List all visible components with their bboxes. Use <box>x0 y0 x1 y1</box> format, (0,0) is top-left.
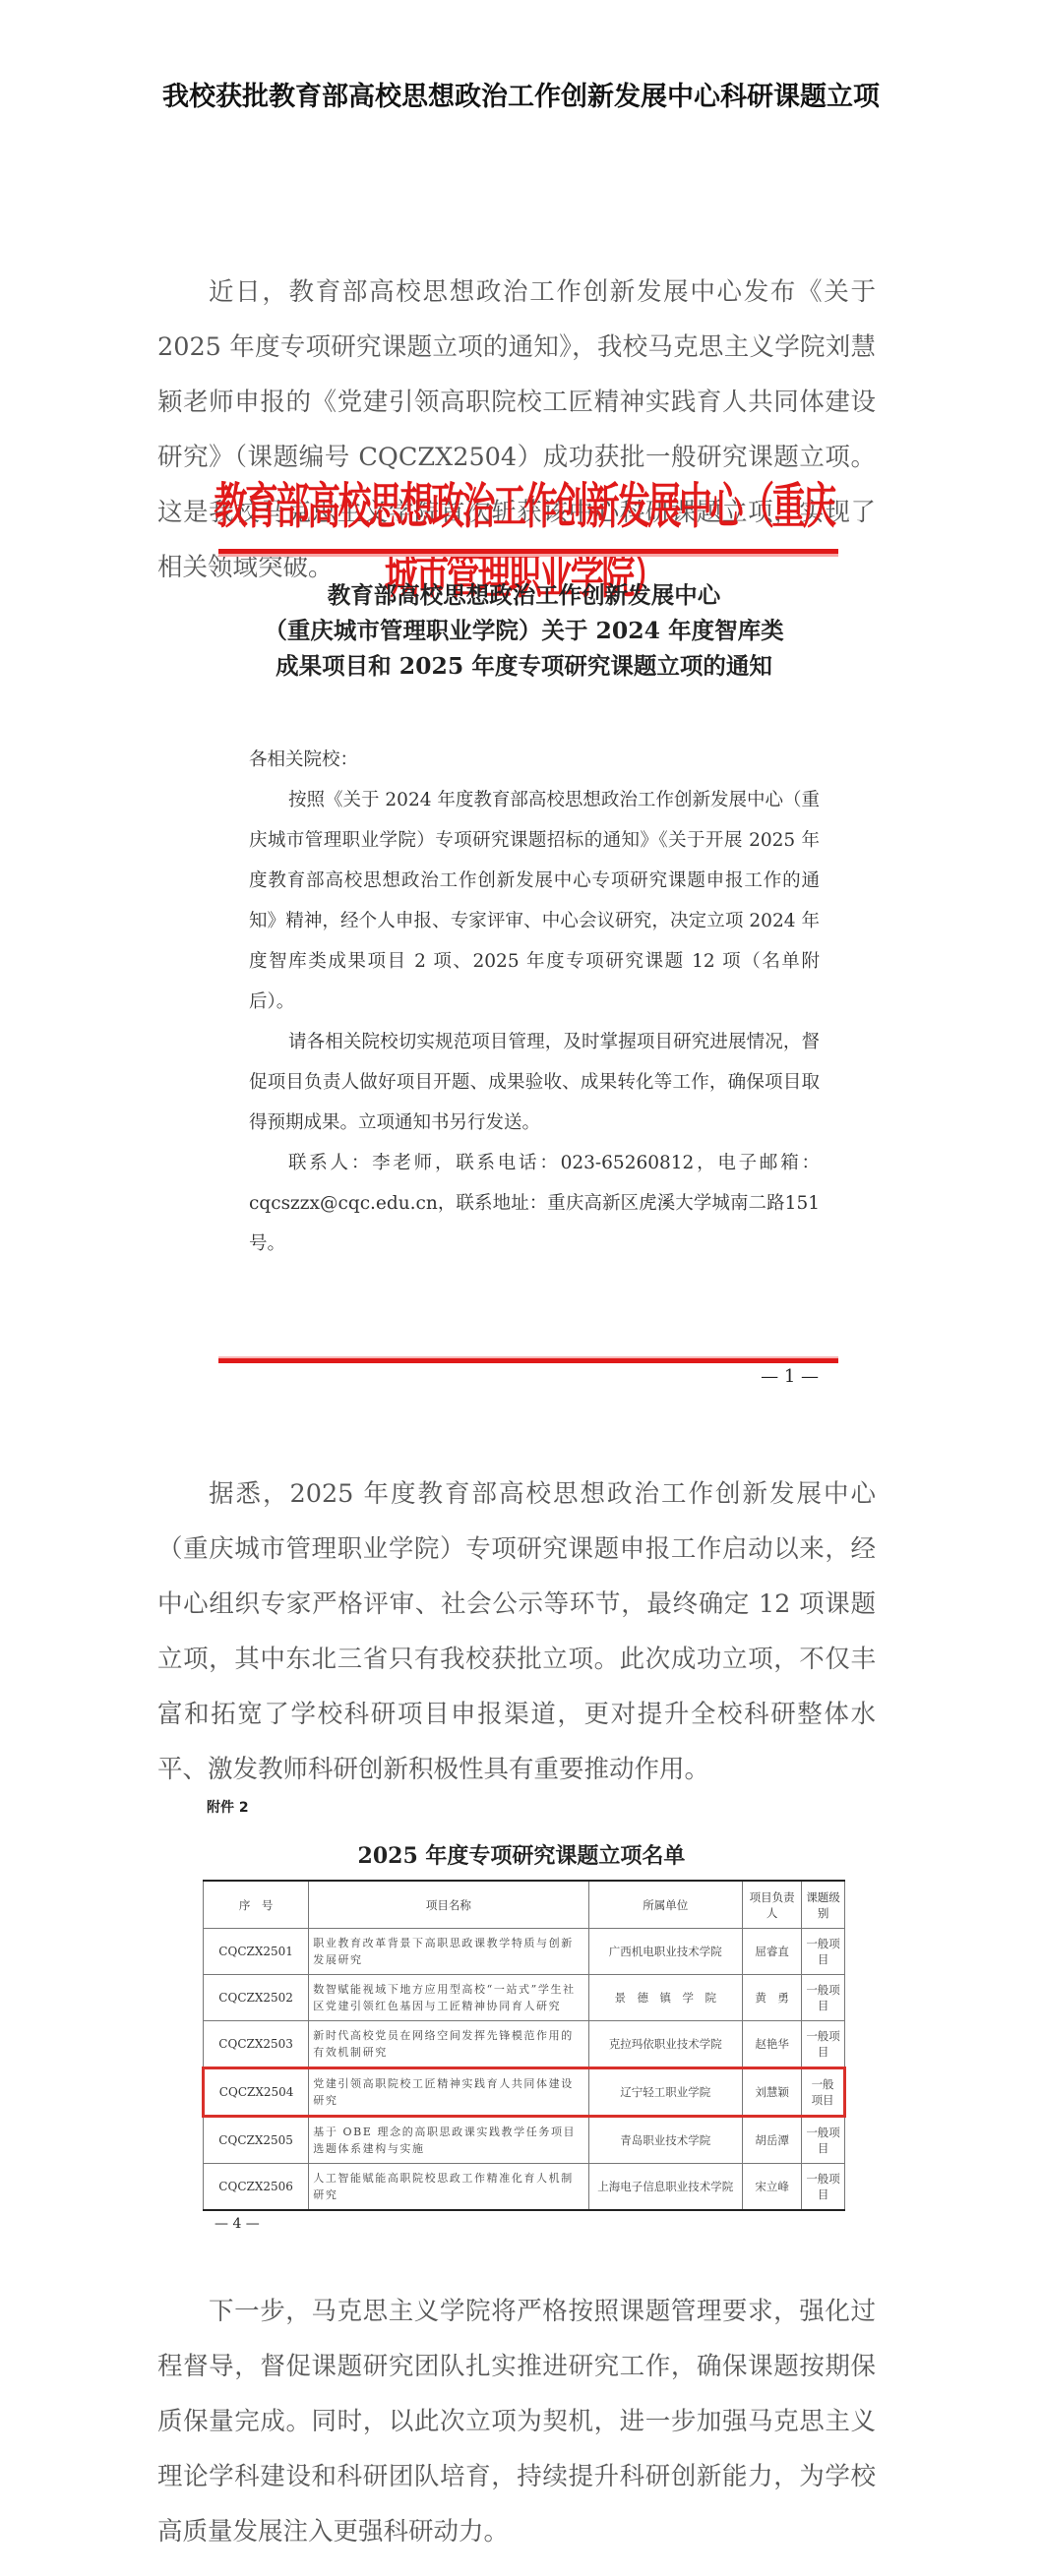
table-row: CQCZX2501 职业教育改革背景下高职思政课教学特质与创新发展研究 广西机电… <box>204 1929 845 1975</box>
article-title: 我校获批教育部高校思想政治工作创新发展中心科研课题立项 <box>0 75 1042 113</box>
cell-code: CQCZX2501 <box>204 1929 309 1975</box>
table-row-highlighted: CQCZX2504 党建引领高职院校工匠精神实践育人共同体建设研究 辽宁轻工职业… <box>204 2068 845 2117</box>
cell-leader: 宋立峰 <box>743 2164 802 2211</box>
notice-salutation: 各相关院校： <box>249 740 820 780</box>
table-header-row: 序 号 项目名称 所属单位 项目负责人 课题级别 <box>204 1881 845 1929</box>
column-header-leader: 项目负责人 <box>743 1881 802 1929</box>
cell-name: 数智赋能视域下地方应用型高校“一站式”学生社区党建引领红色基因与工匠精神协同育人… <box>309 1975 588 2021</box>
attachment-list-image: 附件 2 2025 年度专项研究课题立项名单 序 号 项目名称 所属单位 项目负… <box>187 1785 856 2238</box>
notice-title-line-1: 教育部高校思想政治工作创新发展中心 <box>202 577 846 613</box>
notice-contact: 联系人：李老师，联系电话：023-65260812，电子邮箱：cqcszzx@c… <box>249 1143 820 1264</box>
cell-code: CQCZX2504 <box>204 2068 309 2117</box>
red-divider-top <box>218 549 838 554</box>
column-header-level: 课题级别 <box>802 1881 845 1929</box>
attachment-title: 2025 年度专项研究课题立项名单 <box>187 1839 856 1870</box>
notice-title: 教育部高校思想政治工作创新发展中心 （重庆城市管理职业学院）关于 2024 年度… <box>202 577 846 684</box>
attachment-page-number: — 4 — <box>215 2216 260 2232</box>
cell-level: 一般项目 <box>802 1975 845 2021</box>
column-header-name: 项目名称 <box>309 1881 588 1929</box>
cell-level: 一般项目 <box>802 2021 845 2068</box>
table-row: CQCZX2506 人工智能赋能高职院校思政工作精准化育人机制研究 上海电子信息… <box>204 2164 845 2211</box>
table-row: CQCZX2503 新时代高校党员在网络空间发挥先锋模范作用的有效机制研究 克拉… <box>204 2021 845 2068</box>
cell-name: 党建引领高职院校工匠精神实践育人共同体建设研究 <box>309 2068 588 2117</box>
article-paragraph-background: 据悉，2025 年度教育部高校思想政治工作创新发展中心（重庆城市管理职业学院）专… <box>157 1467 876 1797</box>
cell-code: CQCZX2505 <box>204 2117 309 2164</box>
cell-leader: 黄 勇 <box>743 1975 802 2021</box>
notice-body: 各相关院校： 按照《关于 2024 年度教育部高校思想政治工作创新发展中心（重庆… <box>249 740 820 1264</box>
cell-level: 一般项目 <box>802 2117 845 2164</box>
cell-name: 人工智能赋能高职院校思政工作精准化育人机制研究 <box>309 2164 588 2211</box>
red-divider-bottom <box>218 1358 838 1363</box>
attachment-label: 附件 2 <box>207 1797 249 1817</box>
notice-title-line-3: 成果项目和 2025 年度专项研究课题立项的通知 <box>202 648 846 684</box>
column-header-code: 序 号 <box>204 1881 309 1929</box>
cell-leader: 赵艳华 <box>743 2021 802 2068</box>
notice-title-line-2: （重庆城市管理职业学院）关于 2024 年度智库类 <box>202 613 846 648</box>
notice-page-number: — 1 — <box>761 1366 819 1387</box>
cell-level: 一般项目 <box>802 2164 845 2211</box>
project-list-table: 序 号 项目名称 所属单位 项目负责人 课题级别 CQCZX2501 职业教育改… <box>202 1880 846 2211</box>
table-row: CQCZX2502 数智赋能视域下地方应用型高校“一站式”学生社区党建引领红色基… <box>204 1975 845 2021</box>
cell-unit: 克拉玛依职业技术学院 <box>588 2021 743 2068</box>
cell-unit: 辽宁轻工职业学院 <box>588 2068 743 2117</box>
cell-leader: 刘慧颖 <box>743 2068 802 2117</box>
cell-name: 新时代高校党员在网络空间发挥先锋模范作用的有效机制研究 <box>309 2021 588 2068</box>
cell-level: 一般项目 <box>802 2068 845 2117</box>
cell-level: 一般项目 <box>802 1929 845 1975</box>
cell-leader: 胡岳潭 <box>743 2117 802 2164</box>
cell-unit: 青岛职业技术学院 <box>588 2117 743 2164</box>
notice-document-image: 教育部高校思想政治工作创新发展中心（重庆城市管理职业学院） 教育部高校思想政治工… <box>202 448 846 1431</box>
notice-body-paragraph: 按照《关于 2024 年度教育部高校思想政治工作创新发展中心（重庆城市管理职业学… <box>249 780 820 1022</box>
cell-name: 职业教育改革背景下高职思政课教学特质与创新发展研究 <box>309 1929 588 1975</box>
cell-unit: 广西机电职业技术学院 <box>588 1929 743 1975</box>
cell-code: CQCZX2506 <box>204 2164 309 2211</box>
column-header-unit: 所属单位 <box>588 1881 743 1929</box>
cell-unit: 景 德 镇 学 院 <box>588 1975 743 2021</box>
article-paragraph-next-steps: 下一步，马克思主义学院将严格按照课题管理要求，强化过程督导，督促课题研究团队扎实… <box>157 2284 876 2559</box>
cell-unit: 上海电子信息职业技术学院 <box>588 2164 743 2211</box>
table-row: CQCZX2505 基于 OBE 理念的高职思政课实践教学任务项目选题体系建构与… <box>204 2117 845 2164</box>
cell-name: 基于 OBE 理念的高职思政课实践教学任务项目选题体系建构与实施 <box>309 2117 588 2164</box>
cell-leader: 屈睿直 <box>743 1929 802 1975</box>
cell-code: CQCZX2502 <box>204 1975 309 2021</box>
notice-body-paragraph: 请各相关院校切实规范项目管理，及时掌握项目研究进展情况，督促项目负责人做好项目开… <box>249 1022 820 1143</box>
cell-code: CQCZX2503 <box>204 2021 309 2068</box>
